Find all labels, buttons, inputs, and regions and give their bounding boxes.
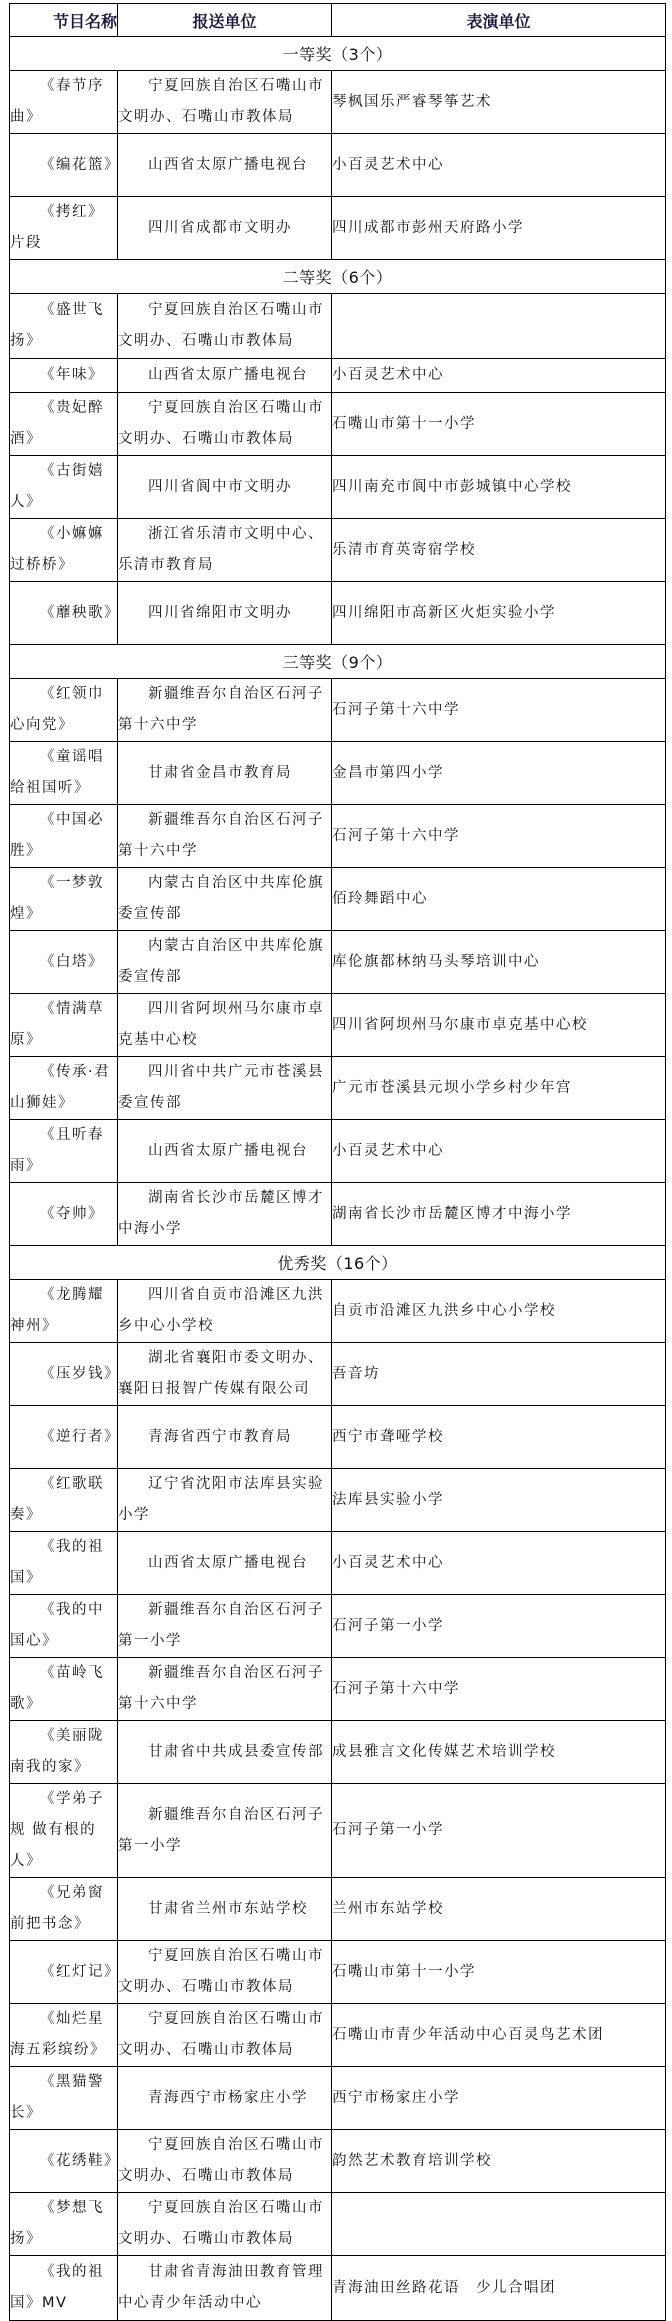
program-name-cell: 《我的祖国》MV xyxy=(10,2256,118,2321)
performing-unit-cell: 乐清市育英寄宿学校 xyxy=(332,519,666,582)
program-name-cell: 《贵妃醉酒》 xyxy=(10,393,118,456)
performing-unit-cell: 四川省阿坝州马尔康市卓克基中心校 xyxy=(332,994,666,1057)
table-row: 《中国必胜》新疆维吾尔自治区石河子第十六中学石河子第十六中学 xyxy=(10,805,666,868)
program-name-cell: 《童谣唱给祖国听》 xyxy=(10,742,118,805)
table-row: 《白塔》内蒙古自治区中共库伦旗委宣传部库伦旗都林纳马头琴培训中心 xyxy=(10,931,666,994)
table-row: 《贵妃醉酒》宁夏回族自治区石嘴山市文明办、石嘴山市教体局石嘴山市第十一小学 xyxy=(10,393,666,456)
program-name-cell: 《逆行者》 xyxy=(10,1406,118,1469)
table-row: 《小嫲嫲过桥桥》浙江省乐清市文明中心、乐清市教育局乐清市育英寄宿学校 xyxy=(10,519,666,582)
performing-unit-cell: 库伦旗都林纳马头琴培训中心 xyxy=(332,931,666,994)
submitting-unit-cell: 甘肃省兰州市东站学校 xyxy=(118,1878,332,1941)
table-row: 《一梦敦煌》内蒙古自治区中共库伦旗委宣传部佰玲舞蹈中心 xyxy=(10,868,666,931)
header-submitting-unit: 报送单位 xyxy=(118,4,332,37)
program-name-cell: 《红歌联奏》 xyxy=(10,1469,118,1532)
program-name-cell: 《春节序曲》 xyxy=(10,71,118,134)
performing-unit-cell: 四川成都市彭州天府路小学 xyxy=(332,197,666,260)
submitting-unit-cell: 山西省太原广播电视台 xyxy=(118,359,332,393)
performing-unit-cell: 法库县实验小学 xyxy=(332,1469,666,1532)
performing-unit-cell xyxy=(332,2193,666,2256)
submitting-unit-cell: 四川省绵阳市文明办 xyxy=(118,582,332,645)
award-section-title: 一等奖（3个） xyxy=(10,37,666,71)
program-name-cell: 《白塔》 xyxy=(10,931,118,994)
section-header-row: 一等奖（3个） xyxy=(10,37,666,71)
submitting-unit-cell: 宁夏回族自治区石嘴山市文明办、石嘴山市教体局 xyxy=(118,71,332,134)
submitting-unit-cell: 宁夏回族自治区石嘴山市文明办、石嘴山市教体局 xyxy=(118,2130,332,2193)
submitting-unit-cell: 内蒙古自治区中共库伦旗委宣传部 xyxy=(118,931,332,994)
performing-unit-cell xyxy=(332,294,666,359)
program-name-cell: 《学弟子规 做有根的人》 xyxy=(10,1784,118,1878)
performing-unit-cell: 韵然艺术教育培训学校 xyxy=(332,2130,666,2193)
table-row: 《学弟子规 做有根的人》新疆维吾尔自治区石河子第一小学石河子第一小学 xyxy=(10,1784,666,1878)
performing-unit-cell: 石河子第一小学 xyxy=(332,1595,666,1658)
performing-unit-cell: 小百灵艺术中心 xyxy=(332,359,666,393)
program-name-cell: 《压岁钱》 xyxy=(10,1343,118,1406)
program-name-cell: 《我的中国心》 xyxy=(10,1595,118,1658)
performing-unit-cell: 石河子第十六中学 xyxy=(332,805,666,868)
award-section-title: 优秀奖（16个） xyxy=(10,1246,666,1280)
table-row: 《情满草原》四川省阿坝州马尔康市卓克基中心校四川省阿坝州马尔康市卓克基中心校 xyxy=(10,994,666,1057)
submitting-unit-cell: 四川省阿坝州马尔康市卓克基中心校 xyxy=(118,994,332,1057)
table-row: 《编花篮》山西省太原广播电视台小百灵艺术中心 xyxy=(10,134,666,197)
table-row: 《花绣鞋》宁夏回族自治区石嘴山市文明办、石嘴山市教体局韵然艺术教育培训学校 xyxy=(10,2130,666,2193)
program-name-cell: 《蘼秧歌》 xyxy=(10,582,118,645)
submitting-unit-cell: 山西省太原广播电视台 xyxy=(118,1532,332,1595)
submitting-unit-cell: 宁夏回族自治区石嘴山市文明办、石嘴山市教体局 xyxy=(118,2193,332,2256)
performing-unit-cell: 石河子第十六中学 xyxy=(332,679,666,742)
submitting-unit-cell: 新疆维吾尔自治区石河子第十六中学 xyxy=(118,1658,332,1721)
performing-unit-cell: 小百灵艺术中心 xyxy=(332,1120,666,1183)
submitting-unit-cell: 甘肃省中共成县委宣传部 xyxy=(118,1721,332,1784)
submitting-unit-cell: 浙江省乐清市文明中心、乐清市教育局 xyxy=(118,519,332,582)
submitting-unit-cell: 宁夏回族自治区石嘴山市文明办、石嘴山市教体局 xyxy=(118,294,332,359)
performing-unit-cell: 四川绵阳市高新区火炬实验小学 xyxy=(332,582,666,645)
submitting-unit-cell: 宁夏回族自治区石嘴山市文明办、石嘴山市教体局 xyxy=(118,1941,332,2004)
program-name-cell: 《灿烂星海五彩缤纷》 xyxy=(10,2004,118,2067)
performing-unit-cell: 石河子第一小学 xyxy=(332,1784,666,1878)
program-name-cell: 《红灯记》 xyxy=(10,1941,118,2004)
submitting-unit-cell: 甘肃省青海油田教育管理中心青少年活动中心 xyxy=(118,2256,332,2321)
table-row: 《盛世飞扬》宁夏回族自治区石嘴山市文明办、石嘴山市教体局 xyxy=(10,294,666,359)
program-name-cell: 《龙腾耀神州》 xyxy=(10,1280,118,1343)
performing-unit-cell: 西宁市杨家庄小学 xyxy=(332,2067,666,2130)
performing-unit-cell: 小百灵艺术中心 xyxy=(332,134,666,197)
table-row: 《美丽陇南我的家》甘肃省中共成县委宣传部成县雅言文化传媒艺术培训学校 xyxy=(10,1721,666,1784)
program-name-cell: 《传承·君山狮娃》 xyxy=(10,1057,118,1120)
submitting-unit-cell: 四川省自贡市沿滩区九洪乡中心小学校 xyxy=(118,1280,332,1343)
awards-table: 节目名称 报送单位 表演单位 一等奖（3个）《春节序曲》宁夏回族自治区石嘴山市文… xyxy=(9,3,666,2321)
submitting-unit-cell: 山西省太原广播电视台 xyxy=(118,134,332,197)
submitting-unit-cell: 辽宁省沈阳市法库县实验小学 xyxy=(118,1469,332,1532)
submitting-unit-cell: 四川省成都市文明办 xyxy=(118,197,332,260)
table-row: 《传承·君山狮娃》四川省中共广元市苍溪县委宣传部广元市苍溪县元坝小学乡村少年宫 xyxy=(10,1057,666,1120)
table-row: 《黑猫警长》青海西宁市杨家庄小学西宁市杨家庄小学 xyxy=(10,2067,666,2130)
section-header-row: 优秀奖（16个） xyxy=(10,1246,666,1280)
performing-unit-cell: 自贡市沿滩区九洪乡中心小学校 xyxy=(332,1280,666,1343)
program-name-cell: 《盛世飞扬》 xyxy=(10,294,118,359)
table-row: 《我的中国心》新疆维吾尔自治区石河子第一小学石河子第一小学 xyxy=(10,1595,666,1658)
performing-unit-cell: 琴枫国乐严睿琴筝艺术 xyxy=(332,71,666,134)
submitting-unit-cell: 湖北省襄阳市委文明办、襄阳日报智广传媒有限公司 xyxy=(118,1343,332,1406)
submitting-unit-cell: 甘肃省金昌市教育局 xyxy=(118,742,332,805)
performing-unit-cell: 石嘴山市第十一小学 xyxy=(332,393,666,456)
program-name-cell: 《红领巾心向党》 xyxy=(10,679,118,742)
performing-unit-cell: 广元市苍溪县元坝小学乡村少年宫 xyxy=(332,1057,666,1120)
submitting-unit-cell: 新疆维吾尔自治区石河子第一小学 xyxy=(118,1595,332,1658)
program-name-cell: 《编花篮》 xyxy=(10,134,118,197)
performing-unit-cell: 石嘴山市第十一小学 xyxy=(332,1941,666,2004)
program-name-cell: 《我的祖国》 xyxy=(10,1532,118,1595)
program-name-cell: 《梦想飞扬》 xyxy=(10,2193,118,2256)
program-name-cell: 《小嫲嫲过桥桥》 xyxy=(10,519,118,582)
table-row: 《苗岭飞歌》新疆维吾尔自治区石河子第十六中学石河子第十六中学 xyxy=(10,1658,666,1721)
table-row: 《蘼秧歌》四川省绵阳市文明办四川绵阳市高新区火炬实验小学 xyxy=(10,582,666,645)
table-row: 《夺帅》湖南省长沙市岳麓区博才中海小学湖南省长沙市岳麓区博才中海小学 xyxy=(10,1183,666,1246)
program-name-cell: 《情满草原》 xyxy=(10,994,118,1057)
table-row: 《古街嬉人》四川省阆中市文明办四川南充市阆中市彭城镇中心学校 xyxy=(10,456,666,519)
performing-unit-cell: 兰州市东站学校 xyxy=(332,1878,666,1941)
program-name-cell: 《黑猫警长》 xyxy=(10,2067,118,2130)
table-row: 《兄弟窗前把书念》甘肃省兰州市东站学校兰州市东站学校 xyxy=(10,1878,666,1941)
table-row: 《我的祖国》MV甘肃省青海油田教育管理中心青少年活动中心青海油田丝路花语 少儿合… xyxy=(10,2256,666,2321)
program-name-cell: 《古街嬉人》 xyxy=(10,456,118,519)
performing-unit-cell: 金昌市第四小学 xyxy=(332,742,666,805)
performing-unit-cell: 青海油田丝路花语 少儿合唱团 xyxy=(332,2256,666,2321)
table-row: 《龙腾耀神州》四川省自贡市沿滩区九洪乡中心小学校自贡市沿滩区九洪乡中心小学校 xyxy=(10,1280,666,1343)
table-row: 《红歌联奏》辽宁省沈阳市法库县实验小学法库县实验小学 xyxy=(10,1469,666,1532)
award-section-title: 二等奖（6个） xyxy=(10,260,666,294)
table-body: 一等奖（3个）《春节序曲》宁夏回族自治区石嘴山市文明办、石嘴山市教体局琴枫国乐严… xyxy=(10,37,666,2321)
performing-unit-cell: 小百灵艺术中心 xyxy=(332,1532,666,1595)
table-row: 《红灯记》宁夏回族自治区石嘴山市文明办、石嘴山市教体局石嘴山市第十一小学 xyxy=(10,1941,666,2004)
submitting-unit-cell: 四川省阆中市文明办 xyxy=(118,456,332,519)
program-name-cell: 《花绣鞋》 xyxy=(10,2130,118,2193)
table-row: 《梦想飞扬》宁夏回族自治区石嘴山市文明办、石嘴山市教体局 xyxy=(10,2193,666,2256)
submitting-unit-cell: 内蒙古自治区中共库伦旗委宣传部 xyxy=(118,868,332,931)
performing-unit-cell: 西宁市聋哑学校 xyxy=(332,1406,666,1469)
program-name-cell: 《夺帅》 xyxy=(10,1183,118,1246)
table-row: 《童谣唱给祖国听》甘肃省金昌市教育局金昌市第四小学 xyxy=(10,742,666,805)
header-performing-unit: 表演单位 xyxy=(332,4,666,37)
submitting-unit-cell: 宁夏回族自治区石嘴山市文明办、石嘴山市教体局 xyxy=(118,2004,332,2067)
submitting-unit-cell: 新疆维吾尔自治区石河子第十六中学 xyxy=(118,679,332,742)
submitting-unit-cell: 山西省太原广播电视台 xyxy=(118,1120,332,1183)
submitting-unit-cell: 青海西宁市杨家庄小学 xyxy=(118,2067,332,2130)
submitting-unit-cell: 新疆维吾尔自治区石河子第一小学 xyxy=(118,1784,332,1878)
submitting-unit-cell: 宁夏回族自治区石嘴山市文明办、石嘴山市教体局 xyxy=(118,393,332,456)
program-name-cell: 《一梦敦煌》 xyxy=(10,868,118,931)
performing-unit-cell: 吾音坊 xyxy=(332,1343,666,1406)
header-row: 节目名称 报送单位 表演单位 xyxy=(10,4,666,37)
table-row: 《灿烂星海五彩缤纷》宁夏回族自治区石嘴山市文明办、石嘴山市教体局石嘴山市青少年活… xyxy=(10,2004,666,2067)
submitting-unit-cell: 青海省西宁市教育局 xyxy=(118,1406,332,1469)
performing-unit-cell: 佰玲舞蹈中心 xyxy=(332,868,666,931)
program-name-cell: 《兄弟窗前把书念》 xyxy=(10,1878,118,1941)
section-header-row: 三等奖（9个） xyxy=(10,645,666,679)
program-name-cell: 《且听春雨》 xyxy=(10,1120,118,1183)
table-row: 《拷红》片段四川省成都市文明办四川成都市彭州天府路小学 xyxy=(10,197,666,260)
program-name-cell: 《拷红》片段 xyxy=(10,197,118,260)
performing-unit-cell: 成县雅言文化传媒艺术培训学校 xyxy=(332,1721,666,1784)
program-name-cell: 《中国必胜》 xyxy=(10,805,118,868)
performing-unit-cell: 石嘴山市青少年活动中心百灵鸟艺术团 xyxy=(332,2004,666,2067)
submitting-unit-cell: 新疆维吾尔自治区石河子第十六中学 xyxy=(118,805,332,868)
table-row: 《且听春雨》山西省太原广播电视台小百灵艺术中心 xyxy=(10,1120,666,1183)
performing-unit-cell: 湖南省长沙市岳麓区博才中海小学 xyxy=(332,1183,666,1246)
header-program-name: 节目名称 xyxy=(10,4,118,37)
submitting-unit-cell: 湖南省长沙市岳麓区博才中海小学 xyxy=(118,1183,332,1246)
performing-unit-cell: 四川南充市阆中市彭城镇中心学校 xyxy=(332,456,666,519)
program-name-cell: 《年味》 xyxy=(10,359,118,393)
section-header-row: 二等奖（6个） xyxy=(10,260,666,294)
program-name-cell: 《美丽陇南我的家》 xyxy=(10,1721,118,1784)
performing-unit-cell: 石河子第十六中学 xyxy=(332,1658,666,1721)
award-section-title: 三等奖（9个） xyxy=(10,645,666,679)
table-row: 《红领巾心向党》新疆维吾尔自治区石河子第十六中学石河子第十六中学 xyxy=(10,679,666,742)
table-row: 《压岁钱》湖北省襄阳市委文明办、襄阳日报智广传媒有限公司吾音坊 xyxy=(10,1343,666,1406)
table-row: 《逆行者》青海省西宁市教育局西宁市聋哑学校 xyxy=(10,1406,666,1469)
table-row: 《我的祖国》山西省太原广播电视台小百灵艺术中心 xyxy=(10,1532,666,1595)
table-row: 《春节序曲》宁夏回族自治区石嘴山市文明办、石嘴山市教体局琴枫国乐严睿琴筝艺术 xyxy=(10,71,666,134)
submitting-unit-cell: 四川省中共广元市苍溪县委宣传部 xyxy=(118,1057,332,1120)
program-name-cell: 《苗岭飞歌》 xyxy=(10,1658,118,1721)
table-row: 《年味》山西省太原广播电视台小百灵艺术中心 xyxy=(10,359,666,393)
